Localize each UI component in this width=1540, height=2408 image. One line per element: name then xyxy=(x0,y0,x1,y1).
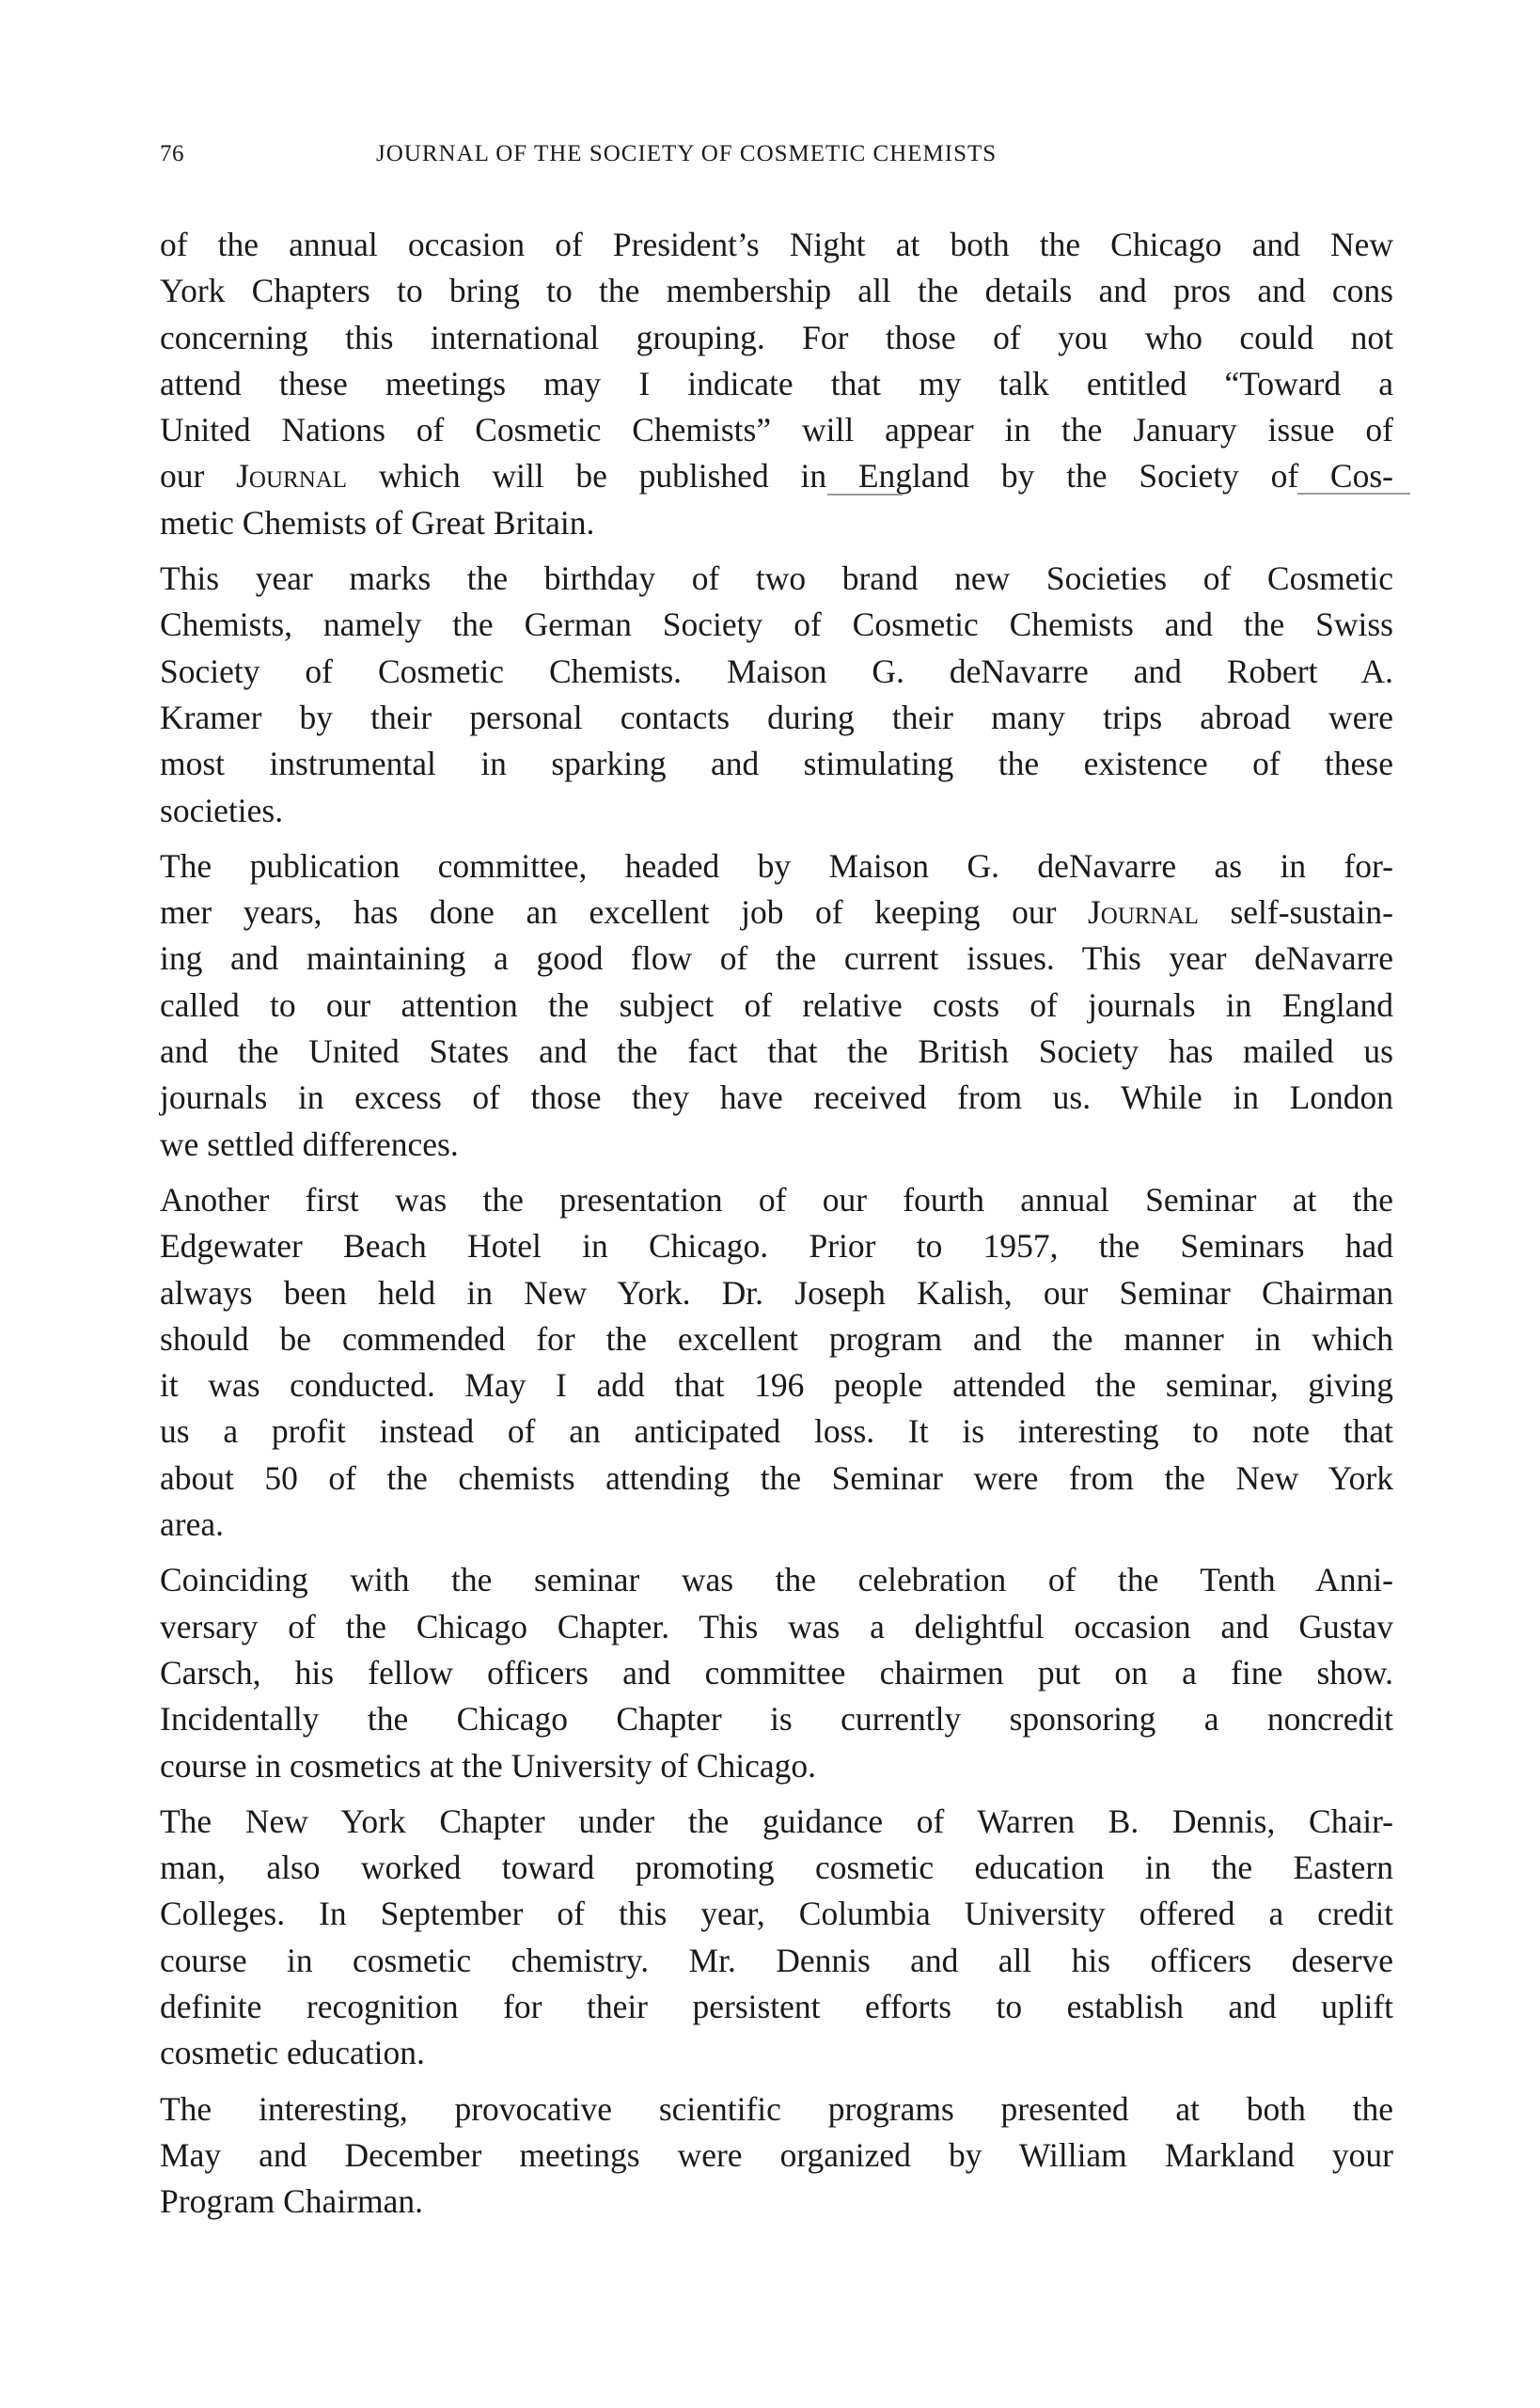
paragraph-new-york-chapter: The New York Chapter under the guidance … xyxy=(160,1799,1393,2077)
text-line: Carsch, his fellow officers and committe… xyxy=(160,1650,1393,1696)
paragraph-publication-committee: The publication committee, headed by Mai… xyxy=(160,843,1393,1168)
text-line: always been held in New York. Dr. Joseph… xyxy=(160,1270,1393,1316)
paragraph-scientific-programs: The interesting, provocative scientific … xyxy=(160,2086,1393,2226)
paragraph-chicago-anniversary: Coinciding with the seminar was the cele… xyxy=(160,1557,1393,1788)
text-line: should be commended for the excellent pr… xyxy=(160,1316,1393,1362)
journal-smallcaps: Journal xyxy=(236,457,347,495)
text-line: man, also worked toward promoting cosmet… xyxy=(160,1845,1393,1891)
text-line: attend these meetings may I indicate tha… xyxy=(160,361,1393,407)
text-line: York Chapters to bring to the membership… xyxy=(160,268,1393,314)
text-line: versary of the Chicago Chapter. This was… xyxy=(160,1604,1393,1650)
scan-artifact-line xyxy=(827,494,903,496)
text-line: course in cosmetic chemistry. Mr. Dennis… xyxy=(160,1938,1393,1984)
page-number: 76 xyxy=(160,141,184,167)
scan-artifact-line xyxy=(1297,493,1410,495)
paragraph-new-societies: This year marks the birthday of two bran… xyxy=(160,556,1393,834)
text-line: Colleges. In September of this year, Col… xyxy=(160,1891,1393,1937)
text-line: May and December meetings were organized… xyxy=(160,2133,1393,2179)
text-line: our Journal which will be published in E… xyxy=(160,453,1393,499)
text-line: ing and maintaining a good flow of the c… xyxy=(160,936,1393,982)
paragraph-presidents-night: of the annual occasion of President’s Ni… xyxy=(160,222,1393,546)
running-head: 76 JOURNAL OF THE SOCIETY OF COSMETIC CH… xyxy=(160,141,1393,179)
text-line: The interesting, provocative scientific … xyxy=(160,2086,1393,2133)
text-line: cosmetic education. xyxy=(160,2030,1393,2076)
text-line: course in cosmetics at the University of… xyxy=(160,1743,1393,1789)
journal-title: JOURNAL OF THE SOCIETY OF COSMETIC CHEMI… xyxy=(376,141,997,167)
text-line: about 50 of the chemists attending the S… xyxy=(160,1456,1393,1502)
text-line: societies. xyxy=(160,788,1393,834)
text-line: The publication committee, headed by Mai… xyxy=(160,843,1393,889)
body-text: of the annual occasion of President’s Ni… xyxy=(160,222,1393,2234)
text-line: Coinciding with the seminar was the cele… xyxy=(160,1557,1393,1603)
text-line: it was conducted. May I add that 196 peo… xyxy=(160,1362,1393,1409)
text-line: area. xyxy=(160,1502,1393,1548)
paragraph-seminar: Another first was the presentation of ou… xyxy=(160,1177,1393,1548)
text-line: Incidentally the Chicago Chapter is curr… xyxy=(160,1696,1393,1742)
text-line: Chemists, namely the German Society of C… xyxy=(160,602,1393,648)
journal-smallcaps: Journal xyxy=(1088,893,1199,931)
text-line: of the annual occasion of President’s Ni… xyxy=(160,222,1393,268)
text-line: Society of Cosmetic Chemists. Maison G. … xyxy=(160,649,1393,695)
text-line: This year marks the birthday of two bran… xyxy=(160,556,1393,602)
text-line: concerning this international grouping. … xyxy=(160,315,1393,361)
text-line: called to our attention the subject of r… xyxy=(160,983,1393,1029)
text-line: us a profit instead of an anticipated lo… xyxy=(160,1409,1393,1455)
text-line: metic Chemists of Great Britain. xyxy=(160,500,1393,546)
text-line: Kramer by their personal contacts during… xyxy=(160,695,1393,741)
text-line: Edgewater Beach Hotel in Chicago. Prior … xyxy=(160,1223,1393,1269)
text-line: The New York Chapter under the guidance … xyxy=(160,1799,1393,1845)
text-line: most instrumental in sparking and stimul… xyxy=(160,741,1393,787)
text-line: mer years, has done an excellent job of … xyxy=(160,889,1393,936)
text-line: we settled differences. xyxy=(160,1122,1393,1168)
text-line: and the United States and the fact that … xyxy=(160,1029,1393,1075)
text-line: definite recognition for their persisten… xyxy=(160,1984,1393,2030)
text-line: Another first was the presentation of ou… xyxy=(160,1177,1393,1223)
text-line: Program Chairman. xyxy=(160,2179,1393,2225)
text-line: United Nations of Cosmetic Chemists” wil… xyxy=(160,407,1393,453)
text-line: journals in excess of those they have re… xyxy=(160,1075,1393,1121)
